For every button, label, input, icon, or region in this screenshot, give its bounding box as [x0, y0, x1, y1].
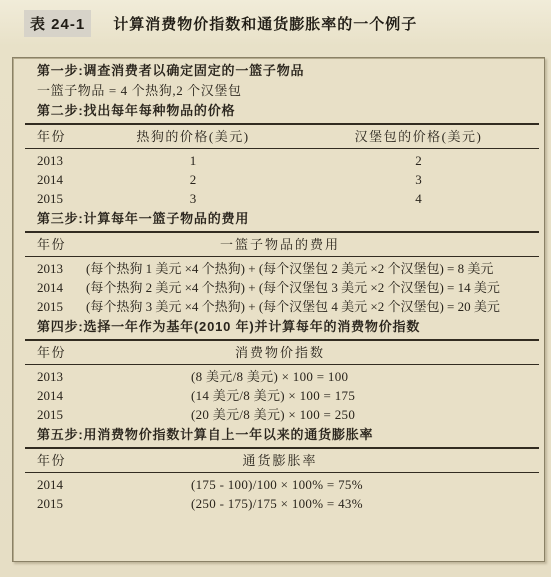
table-title-text: 计算消费物价指数和通货膨胀率的一个例子	[113, 13, 417, 34]
step4-header-cpi: 消费物价指数	[86, 343, 544, 362]
table-row: 2015 3 4	[13, 189, 544, 208]
divider	[25, 148, 539, 149]
step4-heading: 第四步:选择一年作为基年(2010 年)并计算每年的消费物价指数	[13, 316, 544, 336]
table-box: 第一步:调查消费者以确定固定的一篮子物品 一篮子物品 = 4 个热狗,2 个汉堡…	[12, 57, 545, 562]
step4-header-year: 年份	[13, 343, 86, 362]
cpi-formula: (8 美元/8 美元) × 100 = 100	[86, 367, 544, 386]
step5-header-row: 年份 通货膨胀率	[13, 451, 544, 470]
table-row: 2014 (每个热狗 2 美元 ×4 个热狗) + (每个汉堡包 3 美元 ×2…	[13, 278, 544, 297]
year-cell: 2013	[13, 367, 86, 386]
textbook-table-page: 表 24-1 计算消费物价指数和通货膨胀率的一个例子 第一步:调查消费者以确定固…	[0, 0, 551, 577]
step1-heading: 第一步:调查消费者以确定固定的一篮子物品	[13, 60, 544, 80]
step3-header-row: 年份 一篮子物品的费用	[13, 235, 544, 254]
year-cell: 2015	[13, 297, 86, 316]
divider	[25, 123, 539, 125]
table-row: 2013 1 2	[13, 151, 544, 170]
table-row: 2014 (175 - 100)/100 × 100% = 75%	[13, 475, 544, 494]
step3-header-basket-cost: 一篮子物品的费用	[86, 235, 544, 254]
divider	[25, 256, 539, 257]
divider	[25, 231, 539, 233]
hotdog-price-cell: 1	[93, 151, 293, 170]
year-cell: 2014	[13, 386, 86, 405]
step1-note: 一篮子物品 = 4 个热狗,2 个汉堡包	[13, 80, 544, 100]
table-row: 2015 (每个热狗 3 美元 ×4 个热狗) + (每个汉堡包 4 美元 ×2…	[13, 297, 544, 316]
divider	[25, 364, 539, 365]
cpi-formula: (20 美元/8 美元) × 100 = 250	[86, 405, 544, 424]
step5-header-inflation: 通货膨胀率	[86, 451, 544, 470]
hotdog-price-cell: 2	[93, 170, 293, 189]
inflation-formula: (175 - 100)/100 × 100% = 75%	[86, 475, 544, 494]
step5-heading: 第五步:用消费物价指数计算自上一年以来的通货膨胀率	[13, 424, 544, 444]
step2-header-hotdog-price: 热狗的价格(美元)	[93, 127, 293, 146]
inflation-formula: (250 - 175)/175 × 100% = 43%	[86, 494, 544, 513]
divider	[25, 447, 539, 449]
hamburger-price-cell: 3	[293, 170, 544, 189]
step2-header-year: 年份	[13, 127, 93, 146]
table-number-label: 表 24-1	[24, 10, 91, 37]
basket-cost-formula: (每个热狗 3 美元 ×4 个热狗) + (每个汉堡包 4 美元 ×2 个汉堡包…	[86, 297, 540, 316]
step2-header-row: 年份 热狗的价格(美元) 汉堡包的价格(美元)	[13, 127, 544, 146]
basket-cost-formula: (每个热狗 2 美元 ×4 个热狗) + (每个汉堡包 3 美元 ×2 个汉堡包…	[86, 278, 540, 297]
hotdog-price-cell: 3	[93, 189, 293, 208]
table-caption: 表 24-1 计算消费物价指数和通货膨胀率的一个例子	[24, 10, 541, 37]
step3-header-year: 年份	[13, 235, 86, 254]
hamburger-price-cell: 4	[293, 189, 544, 208]
table-row: 2013 (每个热狗 1 美元 ×4 个热狗) + (每个汉堡包 2 美元 ×2…	[13, 259, 544, 278]
year-cell: 2015	[13, 189, 93, 208]
divider	[25, 472, 539, 473]
step2-heading: 第二步:找出每年每种物品的价格	[13, 100, 544, 120]
table-row: 2014 2 3	[13, 170, 544, 189]
cpi-formula: (14 美元/8 美元) × 100 = 175	[86, 386, 544, 405]
table-row: 2013 (8 美元/8 美元) × 100 = 100	[13, 367, 544, 386]
basket-cost-formula: (每个热狗 1 美元 ×4 个热狗) + (每个汉堡包 2 美元 ×2 个汉堡包…	[86, 259, 540, 278]
year-cell: 2013	[13, 259, 86, 278]
year-cell: 2015	[13, 494, 86, 513]
step2-header-hamburger-price: 汉堡包的价格(美元)	[293, 127, 544, 146]
year-cell: 2014	[13, 278, 86, 297]
hamburger-price-cell: 2	[293, 151, 544, 170]
table-row: 2015 (20 美元/8 美元) × 100 = 250	[13, 405, 544, 424]
table-row: 2014 (14 美元/8 美元) × 100 = 175	[13, 386, 544, 405]
year-cell: 2013	[13, 151, 93, 170]
step4-header-row: 年份 消费物价指数	[13, 343, 544, 362]
year-cell: 2014	[13, 475, 86, 494]
table-row: 2015 (250 - 175)/175 × 100% = 43%	[13, 494, 544, 513]
year-cell: 2015	[13, 405, 86, 424]
step3-heading: 第三步:计算每年一篮子物品的费用	[13, 208, 544, 228]
year-cell: 2014	[13, 170, 93, 189]
step5-header-year: 年份	[13, 451, 86, 470]
divider	[25, 339, 539, 341]
